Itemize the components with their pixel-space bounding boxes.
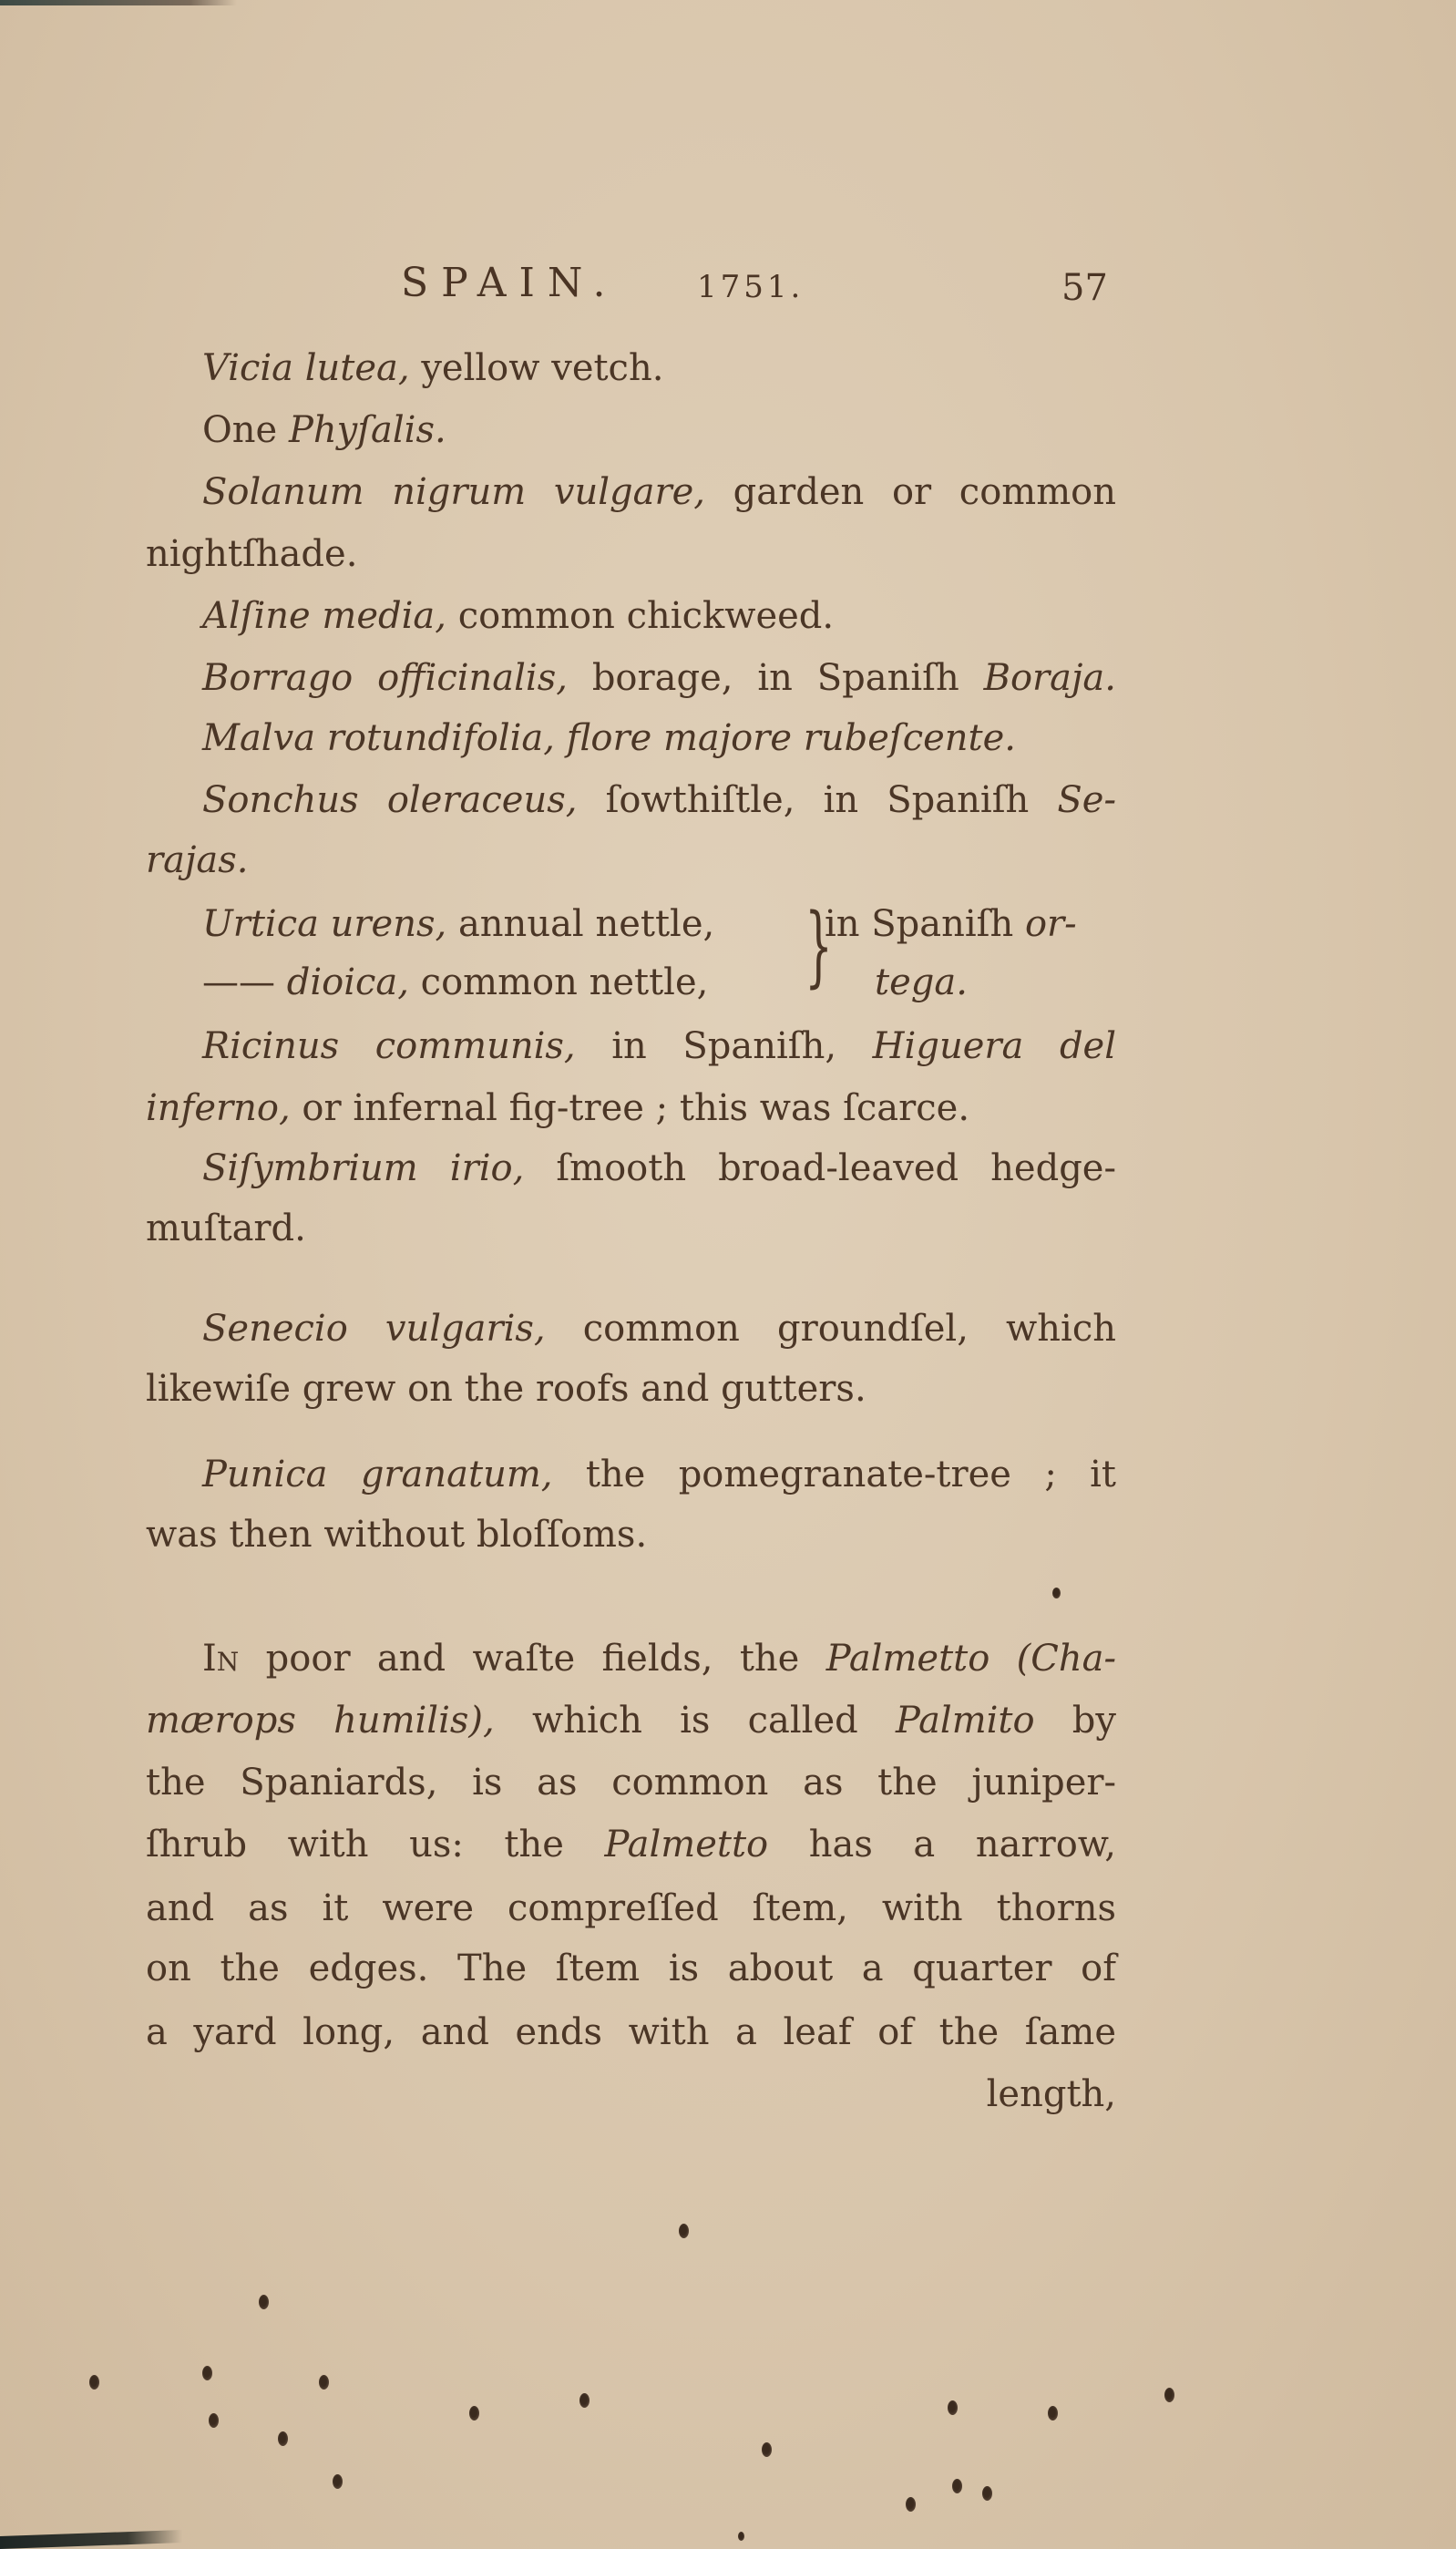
- text-line: Urtica urens, annual nettle,: [202, 902, 714, 946]
- paper-hole: [1164, 2388, 1174, 2402]
- text-line: nightſhade.: [146, 532, 357, 576]
- text-line: Solanum nigrum vulgare, garden or common: [202, 470, 1116, 514]
- book-page: SPAIN. 1751. 57 Vicia lutea, yellow vetc…: [0, 0, 1456, 2549]
- text-line: Siſymbrium irio, ſmooth broad-leaved hed…: [202, 1146, 1116, 1190]
- paper-hole: [1052, 1588, 1061, 1598]
- paper-hole: [738, 2532, 744, 2541]
- text-line: Alſine media, common chickweed.: [202, 594, 834, 638]
- text-line: Ricinus communis, in Spaniſh, Higuera de…: [202, 1024, 1116, 1068]
- paper-hole: [202, 2366, 212, 2380]
- text-line: the Spaniards, is as common as the junip…: [146, 1761, 1116, 1804]
- text-line: in Spaniſh or-: [825, 902, 1077, 946]
- text-line: muſtard.: [146, 1207, 306, 1250]
- page-header: SPAIN. 1751. 57: [0, 260, 1456, 314]
- text-line: was then without bloſſoms.: [146, 1513, 647, 1557]
- header-year: 1751.: [697, 269, 804, 305]
- paper-hole: [469, 2406, 479, 2421]
- text-line: and as it were compreſſed ſtem, with tho…: [146, 1886, 1116, 1930]
- text-line: Senecio vulgaris, common groundſel, whic…: [202, 1307, 1116, 1351]
- paper-hole: [278, 2431, 288, 2446]
- text-line: Punica granatum, the pomegranate-tree ; …: [202, 1453, 1116, 1496]
- paper-hole: [259, 2295, 269, 2309]
- page-edge-bottom: [0, 2530, 182, 2549]
- text-line: on the edges. The ſtem is about a quarte…: [146, 1947, 1116, 1990]
- paper-hole: [948, 2400, 958, 2415]
- paper-hole: [1048, 2406, 1058, 2421]
- paper-hole: [579, 2393, 590, 2408]
- text-line: Sonchus oleraceus, ſowthiſtle, in Spaniſ…: [202, 778, 1116, 822]
- paper-hole: [679, 2224, 689, 2238]
- text-line: inferno, or infernal fig-tree ; this was…: [146, 1086, 969, 1130]
- text-line: ſhrub with us: the Palmetto has a narrow…: [146, 1823, 1116, 1866]
- text-line: Borrago officinalis, borage, in Spaniſh …: [202, 656, 1116, 700]
- paper-hole: [762, 2442, 772, 2457]
- running-head: SPAIN.: [401, 260, 619, 306]
- text-line: —— dioica, common nettle,: [202, 961, 708, 1004]
- text-line: rajas.: [146, 838, 248, 882]
- paper-hole: [209, 2413, 219, 2428]
- paper-hole: [952, 2479, 962, 2493]
- text-line: likewiſe grew on the roofs and gutters.: [146, 1367, 866, 1411]
- text-line: In poor and waſte fields, the Palmetto (…: [202, 1637, 1116, 1680]
- text-line: mærops humilis), which is called Palmito…: [146, 1699, 1116, 1742]
- text-line: tega.: [875, 961, 968, 1004]
- paper-hole: [906, 2497, 916, 2512]
- text-line: a yard long, and ends with a leaf of the…: [146, 2010, 1116, 2054]
- brace-glyph: }: [805, 902, 833, 990]
- text-line: Malva rotundifolia, flore majore rubeſce…: [202, 716, 1016, 760]
- page-number: 57: [1061, 267, 1108, 309]
- paper-hole: [982, 2486, 992, 2501]
- paper-hole: [89, 2375, 99, 2390]
- paper-hole: [319, 2375, 329, 2390]
- text-line: One Phyſalis.: [202, 408, 446, 452]
- text-line: Vicia lutea, yellow vetch.: [202, 346, 663, 390]
- page-edge-top: [0, 0, 237, 5]
- paper-hole: [333, 2474, 343, 2489]
- catchword: length,: [957, 2072, 1116, 2116]
